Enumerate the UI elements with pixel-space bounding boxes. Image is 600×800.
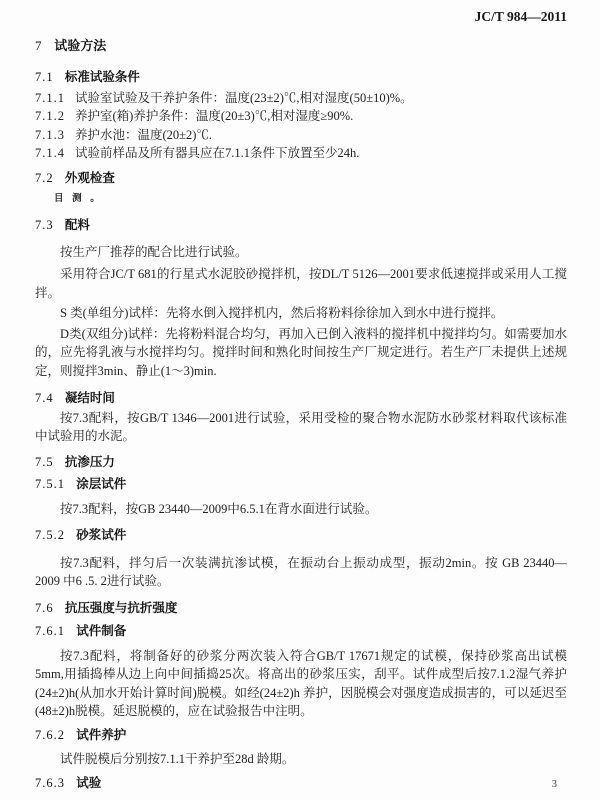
clause-text: 养护水池：温度(20±2)℃. — [75, 128, 212, 142]
page-number: 3 — [552, 776, 557, 795]
clause-number: 7.6.2 — [35, 728, 65, 742]
heading-7-6-compressive-flexural-strength: 7.6抗压强度与抗折强度 — [35, 599, 567, 618]
paragraph-coating-specimen: 按7.3配料，按GB 23440—2009中6.5.1在背水面进行试验。 — [35, 500, 567, 519]
clause-number: 7.5.2 — [35, 528, 65, 542]
clause-number: 7.3 — [35, 218, 54, 232]
heading-7-6-3-test: 7.6.3试验 — [35, 774, 567, 793]
clause-number: 7.1.3 — [35, 128, 65, 142]
document-page: JC/T 984—2011 7试验方法 7.1标准试验条件 7.1.1试验室试验… — [0, 0, 600, 800]
clause-title: 抗压强度与抗折强度 — [65, 601, 178, 615]
clause-number: 7.1.1 — [35, 91, 65, 105]
clause-number: 7.6.1 — [35, 624, 65, 638]
clause-number: 7.1.4 — [35, 146, 65, 160]
clause-number: 7.6.3 — [35, 776, 65, 790]
clause-title: 砂浆试件 — [76, 528, 126, 542]
heading-7-5-impermeability: 7.5抗渗压力 — [35, 453, 567, 472]
paragraph-specimen-preparation: 按7.3配料，将制备好的砂浆分两次装入符合GB/T 17671规定的试模，保持砂… — [35, 647, 567, 721]
clause-7-1-3: 7.1.3养护水池：温度(20±2)℃. — [35, 126, 567, 145]
paragraph-mixer: 采用符合JC/T 681的行星式水泥胶砂搅拌机，按DL/T 5126—2001要… — [35, 265, 567, 302]
clause-number: 7 — [35, 38, 43, 53]
heading-7-1-standard-test-conditions: 7.1标准试验条件 — [35, 68, 567, 87]
clause-text: 养护室(箱)养护条件：温度(20±3)℃,相对湿度≥90%. — [75, 109, 353, 123]
standard-number: JC/T 984—2011 — [475, 9, 567, 24]
clause-7-1-1: 7.1.1试验室试验及干养护条件：温度(23±2)℃,相对湿度(50±10)%。 — [35, 89, 567, 108]
clause-title: 试验方法 — [54, 38, 106, 53]
clause-number: 7.5 — [35, 455, 54, 469]
heading-7-6-2-specimen-curing: 7.6.2试件养护 — [35, 726, 567, 745]
heading-7-4-setting-time: 7.4凝结时间 — [35, 389, 567, 408]
clause-title: 试件养护 — [76, 728, 126, 742]
paragraph-mortar-specimen: 按7.3配料，拌匀后一次装满抗渗试模，在振动台上振动成型，振动2min。按 GB… — [35, 554, 567, 591]
clause-7-1-2: 7.1.2养护室(箱)养护条件：温度(20±3)℃,相对湿度≥90%. — [35, 107, 567, 126]
clause-text: 试验前样品及所有器具应在7.1.1条件下放置至少24h. — [75, 146, 359, 160]
clause-title: 抗渗压力 — [65, 455, 115, 469]
heading-7-5-2-mortar-specimen: 7.5.2砂浆试件 — [35, 526, 567, 545]
heading-7-3-mix-proportion: 7.3配料 — [35, 216, 567, 235]
paragraph-d-type: D类(双组分)试样：先将粉料混合均匀，再加入已倒入液料的搅拌机中搅拌均匀。如需要… — [35, 325, 567, 381]
clause-number: 7.2 — [35, 171, 54, 185]
page-header: JC/T 984—2011 — [35, 8, 567, 27]
clause-number: 7.1 — [35, 70, 54, 84]
clause-number: 7.1.2 — [35, 109, 65, 123]
clause-number: 7.5.1 — [35, 477, 65, 491]
clause-text: 试验室试验及干养护条件：温度(23±2)℃,相对湿度(50±10)%。 — [75, 91, 413, 105]
paragraph-mix-ratio: 按生产厂推荐的配合比进行试验。 — [35, 243, 567, 262]
clause-number: 7.6 — [35, 601, 54, 615]
clause-title: 涂层试件 — [76, 477, 126, 491]
heading-7-5-1-coating-specimen: 7.5.1涂层试件 — [35, 475, 567, 494]
heading-7-2-visual-inspection: 7.2外观检查 — [35, 169, 567, 188]
clause-7-1-4: 7.1.4试验前样品及所有器具应在7.1.1条件下放置至少24h. — [35, 144, 567, 163]
clause-title: 试件制备 — [76, 624, 126, 638]
clause-number: 7.4 — [35, 391, 54, 405]
paragraph-s-type: S 类(单组分)试样：先将水倒入搅拌机内，然后将粉料徐徐加入到水中进行搅拌。 — [35, 304, 567, 323]
note-visual-inspection: 目 测 。 — [54, 192, 567, 206]
clause-title: 标准试验条件 — [65, 70, 140, 84]
clause-title: 凝结时间 — [65, 391, 115, 405]
paragraph-setting-time: 按7.3配料，按GB/T 1346—2001进行试验，采用受检的聚合物水泥防水砂… — [35, 409, 567, 446]
clause-title: 外观检查 — [65, 171, 115, 185]
paragraph-specimen-curing: 试件脱模后分别按7.1.1干养护至28d 龄期。 — [35, 750, 567, 769]
clause-title: 配料 — [65, 218, 90, 232]
heading-7-test-methods: 7试验方法 — [35, 37, 567, 56]
clause-title: 试验 — [76, 776, 101, 790]
heading-7-6-1-specimen-preparation: 7.6.1试件制备 — [35, 622, 567, 641]
